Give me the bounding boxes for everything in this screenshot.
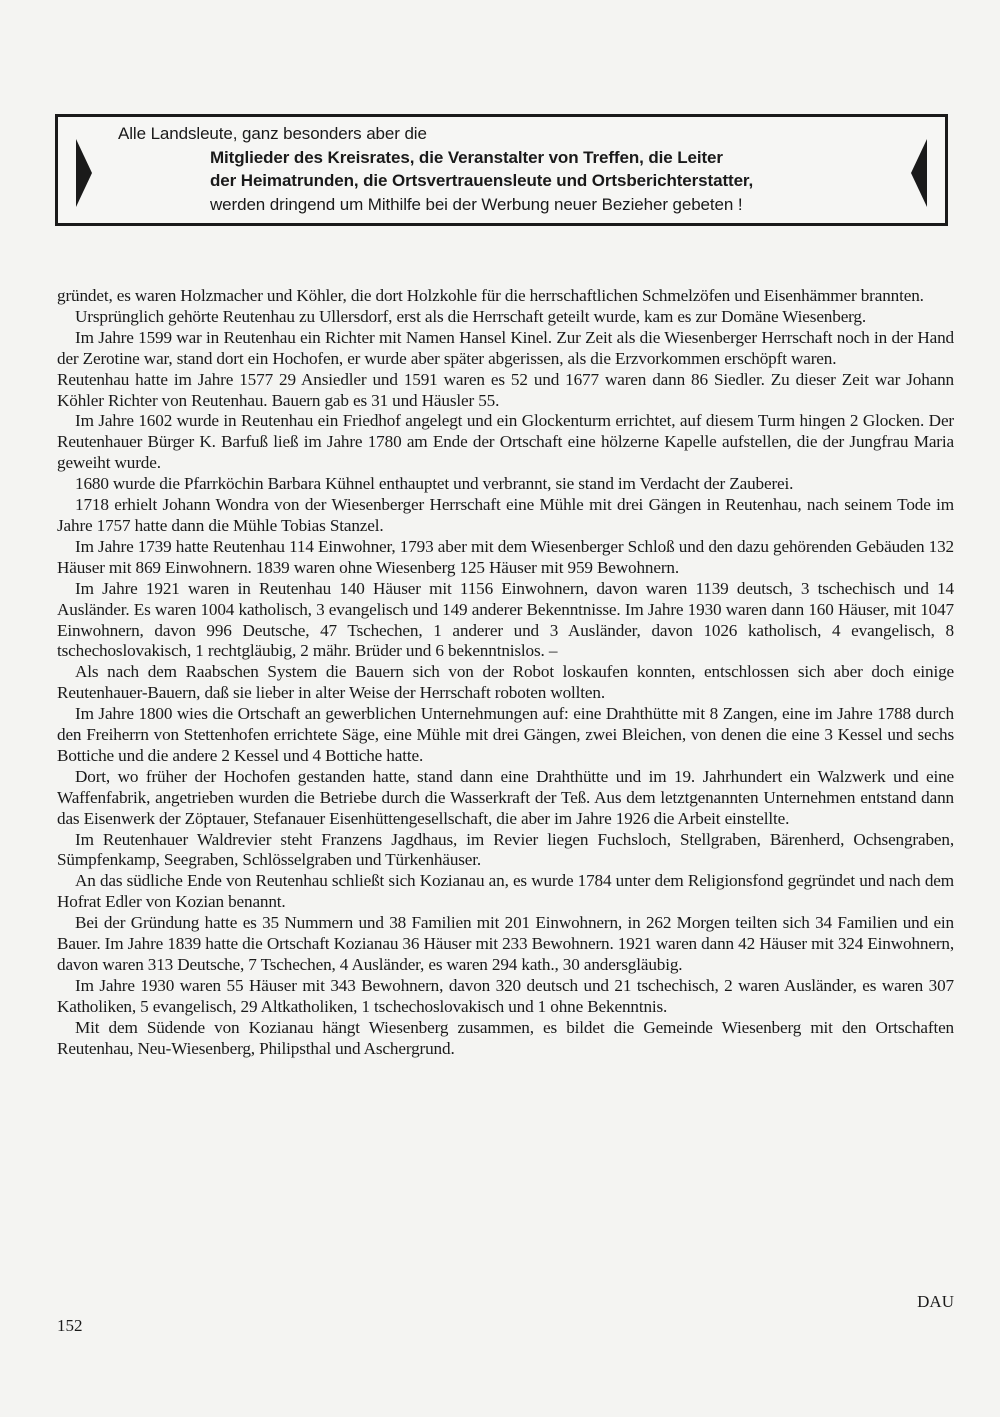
arrow-left-pointer-icon [911,139,927,207]
paragraph: Dort, wo früher der Hochofen gestanden h… [57,767,954,830]
paragraph: Im Jahre 1599 war in Reutenhau ein Richt… [57,328,954,370]
paragraph: Mit dem Südende von Kozianau hängt Wiese… [57,1018,954,1060]
paragraph: An das südliche Ende von Reutenhau schli… [57,871,954,913]
paragraph: Im Jahre 1921 waren in Reutenhau 140 Häu… [57,579,954,663]
notice-line-3: der Heimatrunden, die Ortsvertrauensleut… [210,171,753,191]
notice-line-1: Alle Landsleute, ganz besonders aber die [118,124,427,144]
paragraph: Im Reutenhauer Waldrevier steht Franzens… [57,830,954,872]
notice-line-4: werden dringend um Mithilfe bei der Werb… [210,195,743,215]
article-body: gründet, es waren Holzmacher und Köhler,… [57,286,954,1060]
author-signature: DAU [917,1292,954,1312]
subscriber-appeal-box: Alle Landsleute, ganz besonders aber die… [55,114,948,226]
paragraph: Im Jahre 1930 waren 55 Häuser mit 343 Be… [57,976,954,1018]
page-number: 152 [57,1316,83,1336]
paragraph: Bei der Gründung hatte es 35 Nummern und… [57,913,954,976]
paragraph: 1718 erhielt Johann Wondra von der Wiese… [57,495,954,537]
notice-line-2: Mitglieder des Kreisrates, die Veranstal… [210,148,723,168]
paragraph: Im Jahre 1602 wurde in Reutenhau ein Fri… [57,411,954,474]
paragraph: Im Jahre 1739 hatte Reutenhau 114 Einwoh… [57,537,954,579]
paragraph: Im Jahre 1800 wies die Ortschaft an gewe… [57,704,954,767]
paragraph: 1680 wurde die Pfarrköchin Barbara Kühne… [57,474,954,495]
paragraph: gründet, es waren Holzmacher und Köhler,… [57,286,954,307]
arrow-right-pointer-icon [76,139,92,207]
paragraph: Reutenhau hatte im Jahre 1577 29 Ansiedl… [57,370,954,412]
paragraph: Als nach dem Raabschen System die Bauern… [57,662,954,704]
paragraph: Ursprünglich gehörte Reutenhau zu Ullers… [57,307,954,328]
